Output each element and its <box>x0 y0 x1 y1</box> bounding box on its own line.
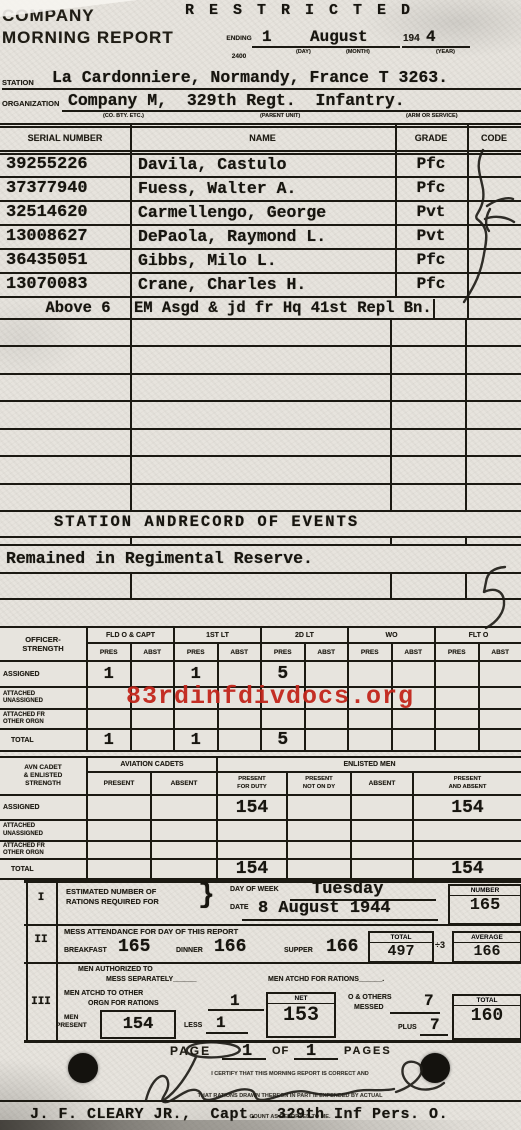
year-caption: (YEAR) <box>436 49 455 55</box>
group-aviation-cadets: AVIATION CADETS <box>88 758 216 771</box>
enlisted-cell-empty <box>414 821 521 840</box>
ending-2400-caption: ENDING 2400 <box>222 27 256 63</box>
group-label: FLT O <box>469 632 489 639</box>
cell-value: 5 <box>277 730 288 750</box>
group-label: 1ST LT <box>206 632 229 639</box>
enlisted-cell-empty <box>218 842 286 858</box>
group-label: AVIATION CADETS <box>120 761 183 768</box>
roster-row-line <box>0 176 521 178</box>
officer-cell-empty <box>88 710 130 728</box>
row-label: ASSIGNED <box>3 804 40 811</box>
empty-row-line <box>0 483 521 485</box>
subhead-abst: ABST <box>393 644 435 660</box>
dinner-label: DINNER <box>176 947 203 954</box>
subhead-line1: PRESENT <box>305 776 332 782</box>
row-label: ATTACHEDUNASSIGNED <box>3 823 43 837</box>
subhead-cadets-present: PRESENT <box>88 773 150 794</box>
enlisted-row-label: ATTACHEDUNASSIGNED <box>0 821 86 840</box>
col-header-name: NAME <box>130 133 395 143</box>
subhead-abst: ABST <box>219 644 261 660</box>
enlisted-cell-empty <box>288 842 350 858</box>
report-date-day-month: 1 August <box>262 28 368 46</box>
officer-cell-empty <box>349 710 391 728</box>
cell-value: 1 <box>104 665 114 684</box>
row-label: ATTACHED FROTHER ORGN <box>3 712 45 726</box>
breakfast-value: 165 <box>118 937 150 957</box>
group-fld-o-capt: FLD O & CAPT <box>88 628 173 642</box>
org-caption-co: (CO. BTY. ETC.) <box>103 113 144 119</box>
roster-serial: 13008627 <box>6 227 88 246</box>
group-label: WO <box>385 632 397 639</box>
enlisted-cell-empty <box>88 821 150 840</box>
rations-numeral-divider <box>56 880 58 1040</box>
subhead-label: PRES <box>100 649 118 656</box>
page-label: PAGE <box>170 1044 211 1058</box>
section-2-numeral: II <box>26 934 56 946</box>
roster-serial: 13070083 <box>6 275 88 294</box>
subhead-line2: AND ABSENT <box>449 784 487 790</box>
rations-divider-2 <box>24 962 521 964</box>
total-box-value: 497 <box>387 943 414 960</box>
enlisted-cell-empty <box>288 796 350 819</box>
net-box: NET 153 <box>266 992 336 1038</box>
officer-cell: 5 <box>262 730 304 750</box>
section-3-numeral: III <box>26 996 56 1008</box>
enlisted-cell-empty <box>352 796 412 819</box>
subhead-line1: PRESENT <box>238 776 265 782</box>
empty-row-line <box>0 455 521 457</box>
subhead-label: ABST <box>491 649 509 656</box>
enlisted-cell-empty <box>352 842 412 858</box>
enlisted-cell-empty <box>88 860 150 878</box>
less-underline <box>206 1032 248 1034</box>
officer-cell-empty <box>219 710 261 728</box>
row-label-line1: ATTACHED FR <box>3 712 45 718</box>
officer-cell-empty <box>306 710 348 728</box>
year-typed: 4 <box>426 28 436 46</box>
less-label: LESS <box>184 1022 202 1029</box>
ending-time: 2400 <box>232 53 246 60</box>
men-present-line1: MEN <box>64 1014 78 1021</box>
enlisted-corner-label: AVN CADET& ENLISTEDSTRENGTH <box>24 764 63 788</box>
date-underline <box>252 46 400 48</box>
corner-line1: AVN CADET <box>24 764 61 771</box>
men-present-value: 154 <box>123 1015 154 1034</box>
enlisted-strength-table: AVN CADET& ENLISTEDSTRENGTH AVIATION CAD… <box>0 756 521 880</box>
organization-value: Company M, 329th Regt. Infantry. <box>68 91 405 110</box>
supper-value: 166 <box>326 937 358 957</box>
enlisted-cell-empty <box>414 842 521 858</box>
year-underline <box>402 46 470 48</box>
authorized-line1: MEN AUTHORIZED TO <box>78 966 153 973</box>
subhead-line2: FOR DUTY <box>237 784 267 790</box>
enlisted-cell: 154 <box>414 860 521 878</box>
roster-row-line <box>0 200 521 202</box>
group-label: 2D LT <box>295 632 314 639</box>
enlisted-cell: 154 <box>414 796 521 819</box>
enlisted-row-label: TOTAL <box>0 860 86 878</box>
roster-row-line <box>0 248 521 250</box>
total-attendance-box: TOTAL 497 <box>368 931 434 963</box>
events-line <box>0 598 521 600</box>
subhead-label: PRES <box>361 649 379 656</box>
empty-row-line <box>0 510 521 512</box>
subhead-line2: NOT ON DY <box>303 784 335 790</box>
roster-name: Davila, Castulo <box>138 155 287 174</box>
date-value: 8 August 1944 <box>258 899 391 918</box>
code-note-e-stroke <box>486 209 490 231</box>
officer-cell-empty <box>480 710 521 728</box>
subhead-line1: PRESENT <box>454 776 481 782</box>
footer-line <box>0 1100 521 1102</box>
subhead-label: ABSENT <box>171 780 198 787</box>
group-enlisted-men: ENLISTED MEN <box>218 758 521 771</box>
subhead-abst: ABST <box>480 644 521 660</box>
enlisted-row-label: ATTACHED FROTHER ORGN <box>0 842 86 858</box>
empty-row-line <box>0 345 521 347</box>
pages-label: PAGES <box>344 1045 392 1057</box>
enlisted-cell: 154 <box>218 860 286 878</box>
atchd-other-line2: ORGN FOR RATIONS <box>88 1000 159 1007</box>
punch-hole-left <box>68 1053 98 1083</box>
officer-cell-empty <box>436 688 478 708</box>
plus-underline <box>420 1034 448 1036</box>
date-label: DATE <box>230 904 249 911</box>
officer-cell-empty <box>349 730 391 750</box>
cell-value: 154 <box>451 860 483 878</box>
roster-grade: Pvt <box>395 203 467 221</box>
cert-line-2: THAT RATIONS DRAWN THEREON IN PART III E… <box>198 1093 383 1099</box>
row-label-line2: UNASSIGNED <box>3 698 43 704</box>
roster-remark-prefix: Above 6 <box>30 299 126 317</box>
events-entry: Remained in Regimental Reserve. <box>6 549 313 568</box>
subhead-label: ABSENT <box>369 780 396 787</box>
subhead-cadets-absent: ABSENT <box>152 773 216 794</box>
punch-hole-right <box>420 1053 450 1083</box>
officer-cell-empty <box>132 710 174 728</box>
group-wo: WO <box>349 628 434 642</box>
corner-line2: & ENLISTED <box>24 772 63 779</box>
roster-name: Crane, Charles H. <box>138 275 306 294</box>
subhead-label: PRESENTAND ABSENT <box>449 776 487 791</box>
subhead-label: ABST <box>143 649 161 656</box>
officer-cell-empty <box>480 662 521 686</box>
others-underline <box>390 1012 440 1014</box>
net-box-label: NET <box>268 994 334 1004</box>
subhead-pres: PRES <box>436 644 478 660</box>
dinner-value: 166 <box>214 937 246 957</box>
group-2d-lt: 2D LT <box>262 628 347 642</box>
subhead-label: PRESENTNOT ON DY <box>303 776 335 791</box>
group-1st-lt: 1ST LT <box>175 628 260 642</box>
roster-name: Carmellengo, George <box>138 203 326 222</box>
row-label-line2: UNASSIGNED <box>3 831 43 837</box>
roster-serial: 37377940 <box>6 179 88 198</box>
group-label: ENLISTED MEN <box>343 761 395 768</box>
subhead-abst: ABST <box>132 644 174 660</box>
rations-bottom-line <box>24 1040 521 1043</box>
corner-line3: STRENGTH <box>25 780 61 787</box>
plus-value: 7 <box>430 1016 440 1034</box>
events-tick <box>130 536 132 546</box>
officer-strength-corner-label: OFFICER-STRENGTH <box>22 635 63 653</box>
corner-line2: STRENGTH <box>22 644 63 653</box>
number-box-value: 165 <box>470 896 501 915</box>
ending-label: ENDING <box>226 35 251 42</box>
corner-line1: OFFICER- <box>25 635 60 644</box>
subhead-label: PRES <box>448 649 466 656</box>
empty-rows-vline <box>390 318 392 510</box>
roster-serial: 39255226 <box>6 155 88 174</box>
col-header-serial: SERIAL NUMBER <box>0 133 130 143</box>
average-box-label: AVERAGE <box>454 933 520 943</box>
remark-tick <box>433 299 435 318</box>
enlisted-row-label: ASSIGNED <box>0 796 86 819</box>
atchd-other-underline <box>208 1009 264 1011</box>
subhead-label: PRES <box>274 649 292 656</box>
of-label: OF <box>272 1045 289 1057</box>
events-tick <box>130 572 132 598</box>
officer-cell-empty <box>393 730 435 750</box>
roster-row-line <box>0 272 521 274</box>
station-value: La Cardonniere, Normandy, France T 3263. <box>52 68 448 87</box>
subhead-pres: PRES <box>175 644 217 660</box>
roster-top-line-1 <box>0 123 521 125</box>
enlisted-cell-empty <box>88 842 150 858</box>
form-title: MORNING REPORT <box>2 28 174 48</box>
roster-vline-serial <box>130 123 132 319</box>
rations-top-line <box>24 880 521 883</box>
year-printed: 194 <box>403 33 420 44</box>
atchd-for-rations-label: MEN ATCHD FOR RATIONS______. <box>268 976 384 983</box>
less-value: 1 <box>216 1014 226 1032</box>
col-header-grade: GRADE <box>395 133 467 143</box>
day-of-week-label: DAY OF WEEK <box>230 886 279 893</box>
col-header-code: CODE <box>467 133 521 143</box>
empty-row-line <box>0 373 521 375</box>
section-1-numeral: I <box>26 892 56 904</box>
roster-serial: 36435051 <box>6 251 88 270</box>
subhead-present-for-duty: PRESENTFOR DUTY <box>218 773 286 794</box>
month-caption: (MONTH) <box>346 49 370 55</box>
number-box: NUMBER 165 <box>448 884 521 925</box>
empty-rows-vline <box>465 318 467 510</box>
empty-row-line <box>0 400 521 402</box>
officer-row-label: ATTACHEDUNASSIGNED <box>0 688 86 708</box>
roster-grade: Pfc <box>395 155 467 173</box>
subhead-absent: ABSENT <box>352 773 412 794</box>
subhead-pres: PRES <box>349 644 391 660</box>
roster-grade: Pfc <box>395 179 467 197</box>
roster-top-line-2 <box>0 126 521 128</box>
others-line1: O & OTHERS <box>348 994 392 1001</box>
divide-by-symbol: ÷3 <box>435 940 445 950</box>
authorized-line2: MESS SEPARATELY______ <box>106 976 197 983</box>
row-label-line1: ATTACHED <box>3 823 35 829</box>
rations-divider-1 <box>24 924 521 926</box>
subhead-pres: PRES <box>262 644 304 660</box>
cell-value: 154 <box>236 860 268 878</box>
officer-cell-empty <box>480 688 521 708</box>
row-label-line2: OTHER ORGN <box>3 719 44 725</box>
roster-row-line <box>0 296 521 298</box>
officer-cell-empty <box>262 710 304 728</box>
breakfast-label: BREAKFAST <box>64 947 107 954</box>
scan-bottom-edge <box>0 1120 521 1130</box>
row-label-line1: ATTACHED FR <box>3 843 45 849</box>
officer-cell-empty <box>175 710 217 728</box>
enlisted-cell-empty <box>352 860 412 878</box>
atchd-other-value: 1 <box>230 992 240 1010</box>
roster-row-line <box>0 224 521 226</box>
events-tick <box>390 572 392 598</box>
group-flt-o: FLT O <box>436 628 521 642</box>
brace-glyph: } <box>198 880 215 911</box>
empty-rows-vline <box>130 318 132 510</box>
enlisted-cell-empty <box>218 821 286 840</box>
plus-label: PLUS <box>398 1024 417 1031</box>
men-present-box: 154 <box>100 1010 176 1039</box>
officer-cell-empty <box>132 730 174 750</box>
roster-grade: Pvt <box>395 227 467 245</box>
roster-name: DePaola, Raymond L. <box>138 227 326 246</box>
enlisted-cell-empty <box>352 821 412 840</box>
organization-underline <box>62 110 521 112</box>
officer-row-label: ASSIGNED <box>0 662 86 686</box>
enlisted-cell-empty <box>288 821 350 840</box>
officer-cell-empty <box>306 730 348 750</box>
roster-vline-code <box>467 123 469 319</box>
enlisted-cell-empty <box>152 796 216 819</box>
events-line <box>0 544 521 546</box>
officer-cell-empty <box>436 730 478 750</box>
code-note-e-stroke <box>485 217 514 222</box>
row-label-line1: ATTACHED <box>3 691 35 697</box>
subhead-label: PRESENT <box>104 780 135 787</box>
subhead-label: ABST <box>317 649 335 656</box>
average-box-value: 166 <box>473 943 500 960</box>
officer-strength-corner: OFFICER-STRENGTH <box>0 628 86 660</box>
enlisted-cell-empty <box>88 796 150 819</box>
row-label: TOTAL <box>3 737 34 744</box>
group-label: FLD O & CAPT <box>106 632 155 639</box>
subhead-present-not-on-dy: PRESENTNOT ON DY <box>288 773 350 794</box>
mess-attendance-title: MESS ATTENDANCE FOR DAY OF THIS REPORT <box>64 927 238 936</box>
atchd-other-line1: MEN ATCHD TO OTHER <box>64 990 143 997</box>
row-label-line2: OTHER ORGN <box>3 850 44 856</box>
cell-value: 1 <box>191 665 201 684</box>
subhead-present-and-absent: PRESENTAND ABSENT <box>414 773 521 794</box>
officer-cell-empty <box>393 710 435 728</box>
officer-cell-empty <box>436 662 478 686</box>
officer-cell-empty <box>436 710 478 728</box>
rations-total-box: TOTAL 160 <box>452 994 521 1040</box>
cell-value: 154 <box>236 798 268 818</box>
others-line2: MESSED <box>354 1004 384 1011</box>
cell-value: 1 <box>191 731 201 750</box>
date-underline-2 <box>242 919 438 921</box>
row-label: TOTAL <box>3 866 34 873</box>
row-label: ATTACHED FROTHER ORGN <box>3 843 45 857</box>
average-box: AVERAGE 166 <box>452 931 521 963</box>
subhead-label: ABST <box>230 649 248 656</box>
enlisted-cell-empty <box>288 860 350 878</box>
roster-name: Gibbs, Milo L. <box>138 251 277 270</box>
rations-left-border <box>26 880 28 1040</box>
roster-grade: Pfc <box>395 275 467 293</box>
events-line <box>0 572 521 574</box>
restricted-banner: R E S T R I C T E D <box>185 2 413 19</box>
subhead-label: PRES <box>187 649 205 656</box>
others-value: 7 <box>424 992 434 1010</box>
officer-cell-empty <box>219 730 261 750</box>
org-caption-arm: (ARM OR SERVICE) <box>406 113 458 119</box>
organization-label: ORGANIZATION <box>2 99 59 108</box>
number-box-label: NUMBER <box>450 886 520 896</box>
subhead-label: ABST <box>404 649 422 656</box>
enlisted-strength-corner: AVN CADET& ENLISTEDSTRENGTH <box>0 758 86 794</box>
station-underline <box>2 88 521 90</box>
enlisted-cell-empty <box>152 821 216 840</box>
roster-remark: EM Asgd & jd fr Hq 41st Repl Bn. <box>134 299 432 317</box>
cert-line-1: I CERTIFY THAT THIS MORNING REPORT IS CO… <box>211 1071 369 1077</box>
cell-value: 5 <box>277 664 288 684</box>
roster-header-line-1 <box>0 150 521 152</box>
remark-bottom-line <box>0 318 521 320</box>
subhead-abst: ABST <box>306 644 348 660</box>
officer-row-label: TOTAL <box>0 730 86 750</box>
events-tick <box>390 536 392 546</box>
org-caption-parent: (PARENT UNIT) <box>260 113 300 119</box>
subhead-pres: PRES <box>88 644 130 660</box>
events-tick <box>465 536 467 546</box>
empty-row-line <box>0 428 521 430</box>
total-box-label: TOTAL <box>370 933 432 943</box>
cell-value: 154 <box>451 798 483 818</box>
subhead-label: PRESENTFOR DUTY <box>237 776 267 791</box>
row-label: ASSIGNED <box>3 671 40 678</box>
row-label: ATTACHEDUNASSIGNED <box>3 691 43 705</box>
enlisted-cell: 154 <box>218 796 286 819</box>
men-present-line2: PRESENT <box>56 1022 87 1029</box>
site-watermark: 83rdinfdivdocs.org <box>100 682 440 711</box>
rations-label-line1: ESTIMATED NUMBER OF <box>66 887 156 896</box>
officer-cell: 1 <box>88 730 130 750</box>
events-tick <box>465 572 467 598</box>
station-label: STATION <box>2 78 34 87</box>
rations-label-line2: RATIONS REQUIRED FOR <box>66 897 159 906</box>
net-box-value: 153 <box>283 1004 319 1027</box>
events-line <box>0 536 521 538</box>
officer-row-label: ATTACHED FROTHER ORGN <box>0 710 86 728</box>
roster-grade: Pfc <box>395 251 467 269</box>
day-caption: (DAY) <box>296 49 311 55</box>
rations-total-label: TOTAL <box>454 996 520 1006</box>
supper-label: SUPPER <box>284 947 313 954</box>
day-of-week-value: Tuesday <box>312 880 383 899</box>
rations-total-value: 160 <box>471 1006 503 1026</box>
roster-name: Fuess, Walter A. <box>138 179 296 198</box>
officer-cell: 1 <box>175 730 217 750</box>
officer-cell-empty <box>480 730 521 750</box>
roster-serial: 32514620 <box>6 203 88 222</box>
enlisted-cell-empty <box>152 842 216 858</box>
enlisted-cell-empty <box>152 860 216 878</box>
morning-report-document: COMPANY R E S T R I C T E D MORNING REPO… <box>0 0 521 1130</box>
events-title: STATION ANDRECORD OF EVENTS <box>54 513 359 531</box>
cell-value: 1 <box>104 731 114 750</box>
